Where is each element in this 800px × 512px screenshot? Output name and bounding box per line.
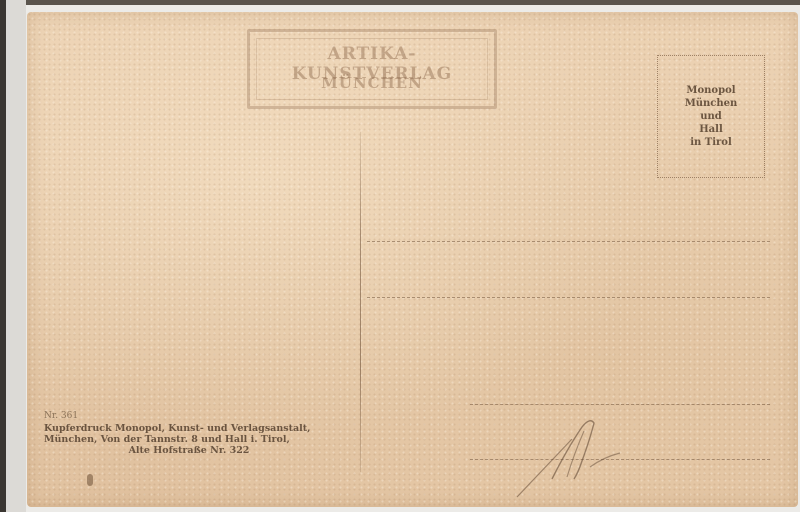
scanner-top-edge	[0, 0, 800, 5]
stamp-box-line: München	[658, 97, 764, 110]
imprint-line-1: Kupferdruck Monopol, Kunst- und Verlagsa…	[44, 423, 364, 434]
postcard-back: ARTIKA-KUNSTVERLAG MÜNCHEN Monopol Münch…	[27, 12, 798, 507]
address-line-2	[367, 297, 770, 298]
imprint-line-3: Alte Hofstraße Nr. 322	[44, 445, 364, 456]
postage-stamp-box: Monopol München und Hall in Tirol	[657, 55, 765, 178]
ink-spot	[87, 474, 93, 486]
imprint-line-2: München, Von der Tannstr. 8 und Hall i. …	[44, 434, 364, 445]
signature-icon	[512, 409, 632, 499]
stamp-box-line: und	[658, 110, 764, 123]
scanner-left-strip	[6, 0, 26, 512]
stamp-box-text: Monopol München und Hall in Tirol	[658, 84, 764, 149]
stamp-box-line: in Tirol	[658, 136, 764, 149]
address-line-3	[470, 404, 770, 405]
imprint-number: Nr. 361	[44, 411, 364, 422]
postcard-scan: ARTIKA-KUNSTVERLAG MÜNCHEN Monopol Münch…	[0, 0, 800, 512]
publisher-stamp-line-2: MÜNCHEN	[250, 74, 494, 92]
stamp-box-line: Hall	[658, 123, 764, 136]
publisher-stamp: ARTIKA-KUNSTVERLAG MÜNCHEN	[247, 29, 497, 109]
publisher-imprint: Nr. 361 Kupferdruck Monopol, Kunst- und …	[44, 411, 364, 456]
address-line-1	[367, 241, 770, 242]
stamp-box-line: Monopol	[658, 84, 764, 97]
